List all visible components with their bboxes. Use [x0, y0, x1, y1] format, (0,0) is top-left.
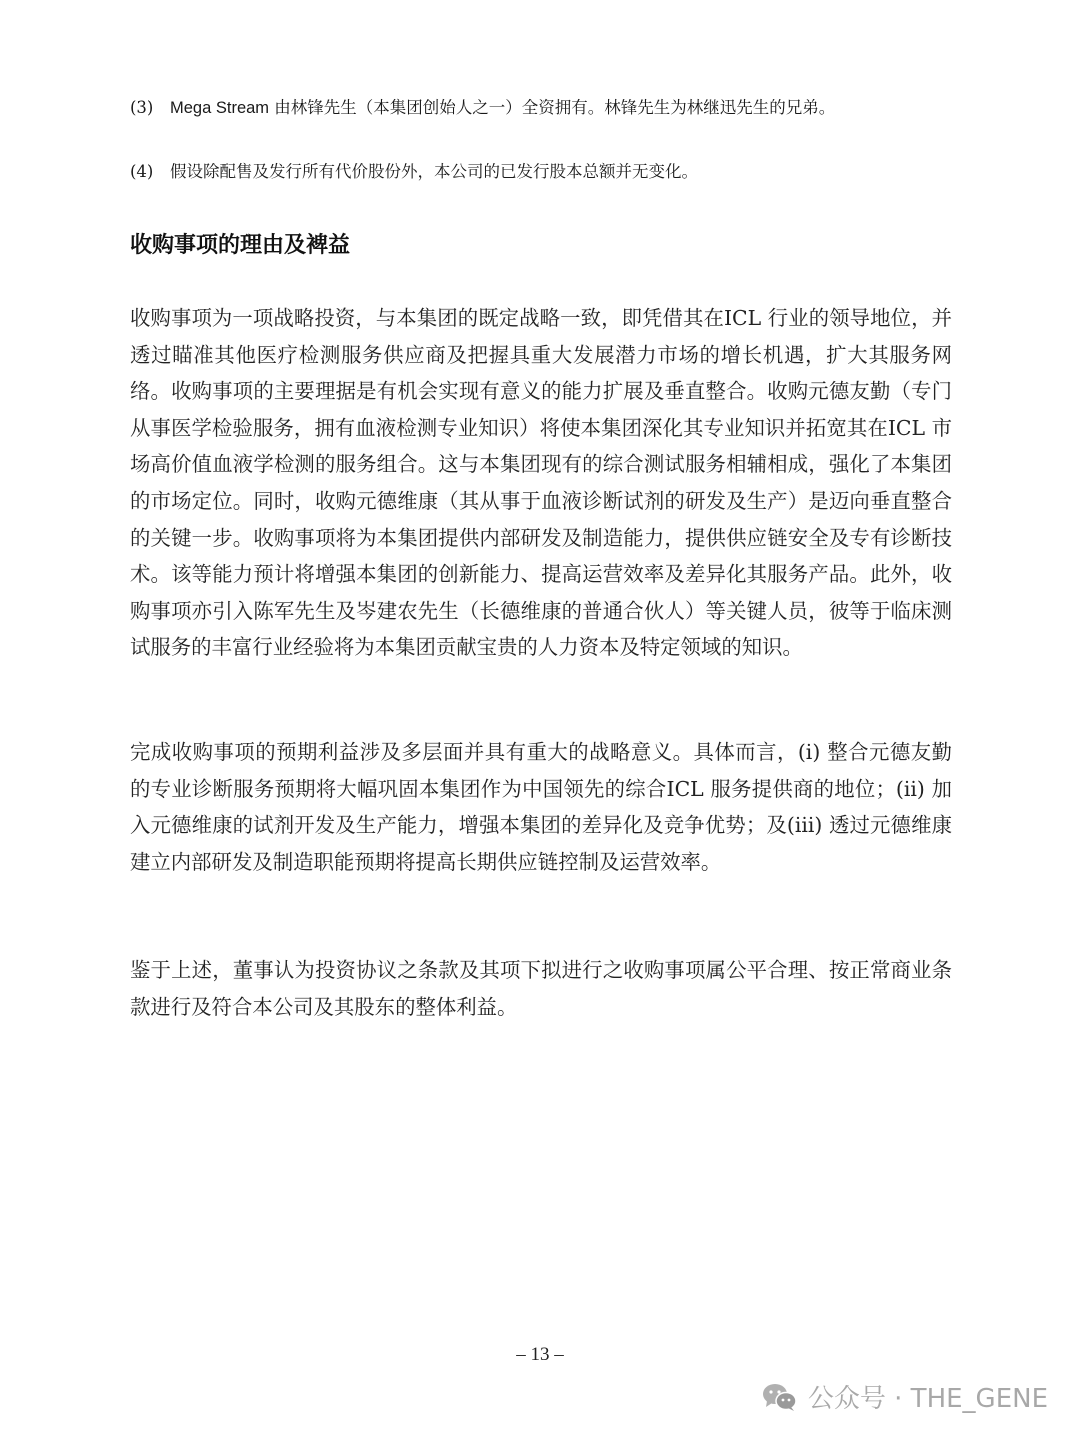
note-4: (4)假设除配售及发行所有代价股份外，本公司的已发行股本总额并无变化。 [130, 160, 950, 184]
note-number: (3) [130, 96, 170, 120]
wechat-icon [762, 1382, 798, 1412]
note-number: (4) [130, 160, 170, 184]
note-text: 假设除配售及发行所有代价股份外，本公司的已发行股本总额并无变化。 [170, 162, 698, 181]
page-number: – 13 – [0, 1344, 1080, 1366]
note-entity: Mega Stream [170, 99, 269, 117]
note-3: (3)Mega Stream 由林锋先生（本集团创始人之一）全资拥有。林锋先生为… [130, 96, 950, 120]
paragraph-3: 鉴于上述，董事认为投资协议之条款及其项下拟进行之收购事项属公平合理、按正常商业条… [130, 952, 952, 1025]
section-heading: 收购事项的理由及裨益 [130, 228, 350, 259]
paragraph-2: 完成收购事项的预期利益涉及多层面并具有重大的战略意义。具体而言，(i) 整合元德… [130, 734, 952, 880]
watermark-text: 公众号 · THE_GENE [808, 1378, 1048, 1415]
note-text: 由林锋先生（本集团创始人之一）全资拥有。林锋先生为林继迅先生的兄弟。 [269, 98, 835, 117]
paragraph-1: 收购事项为一项战略投资，与本集团的既定战略一致，即凭借其在ICL 行业的领导地位… [130, 300, 952, 666]
watermark: 公众号 · THE_GENE [762, 1378, 1048, 1415]
